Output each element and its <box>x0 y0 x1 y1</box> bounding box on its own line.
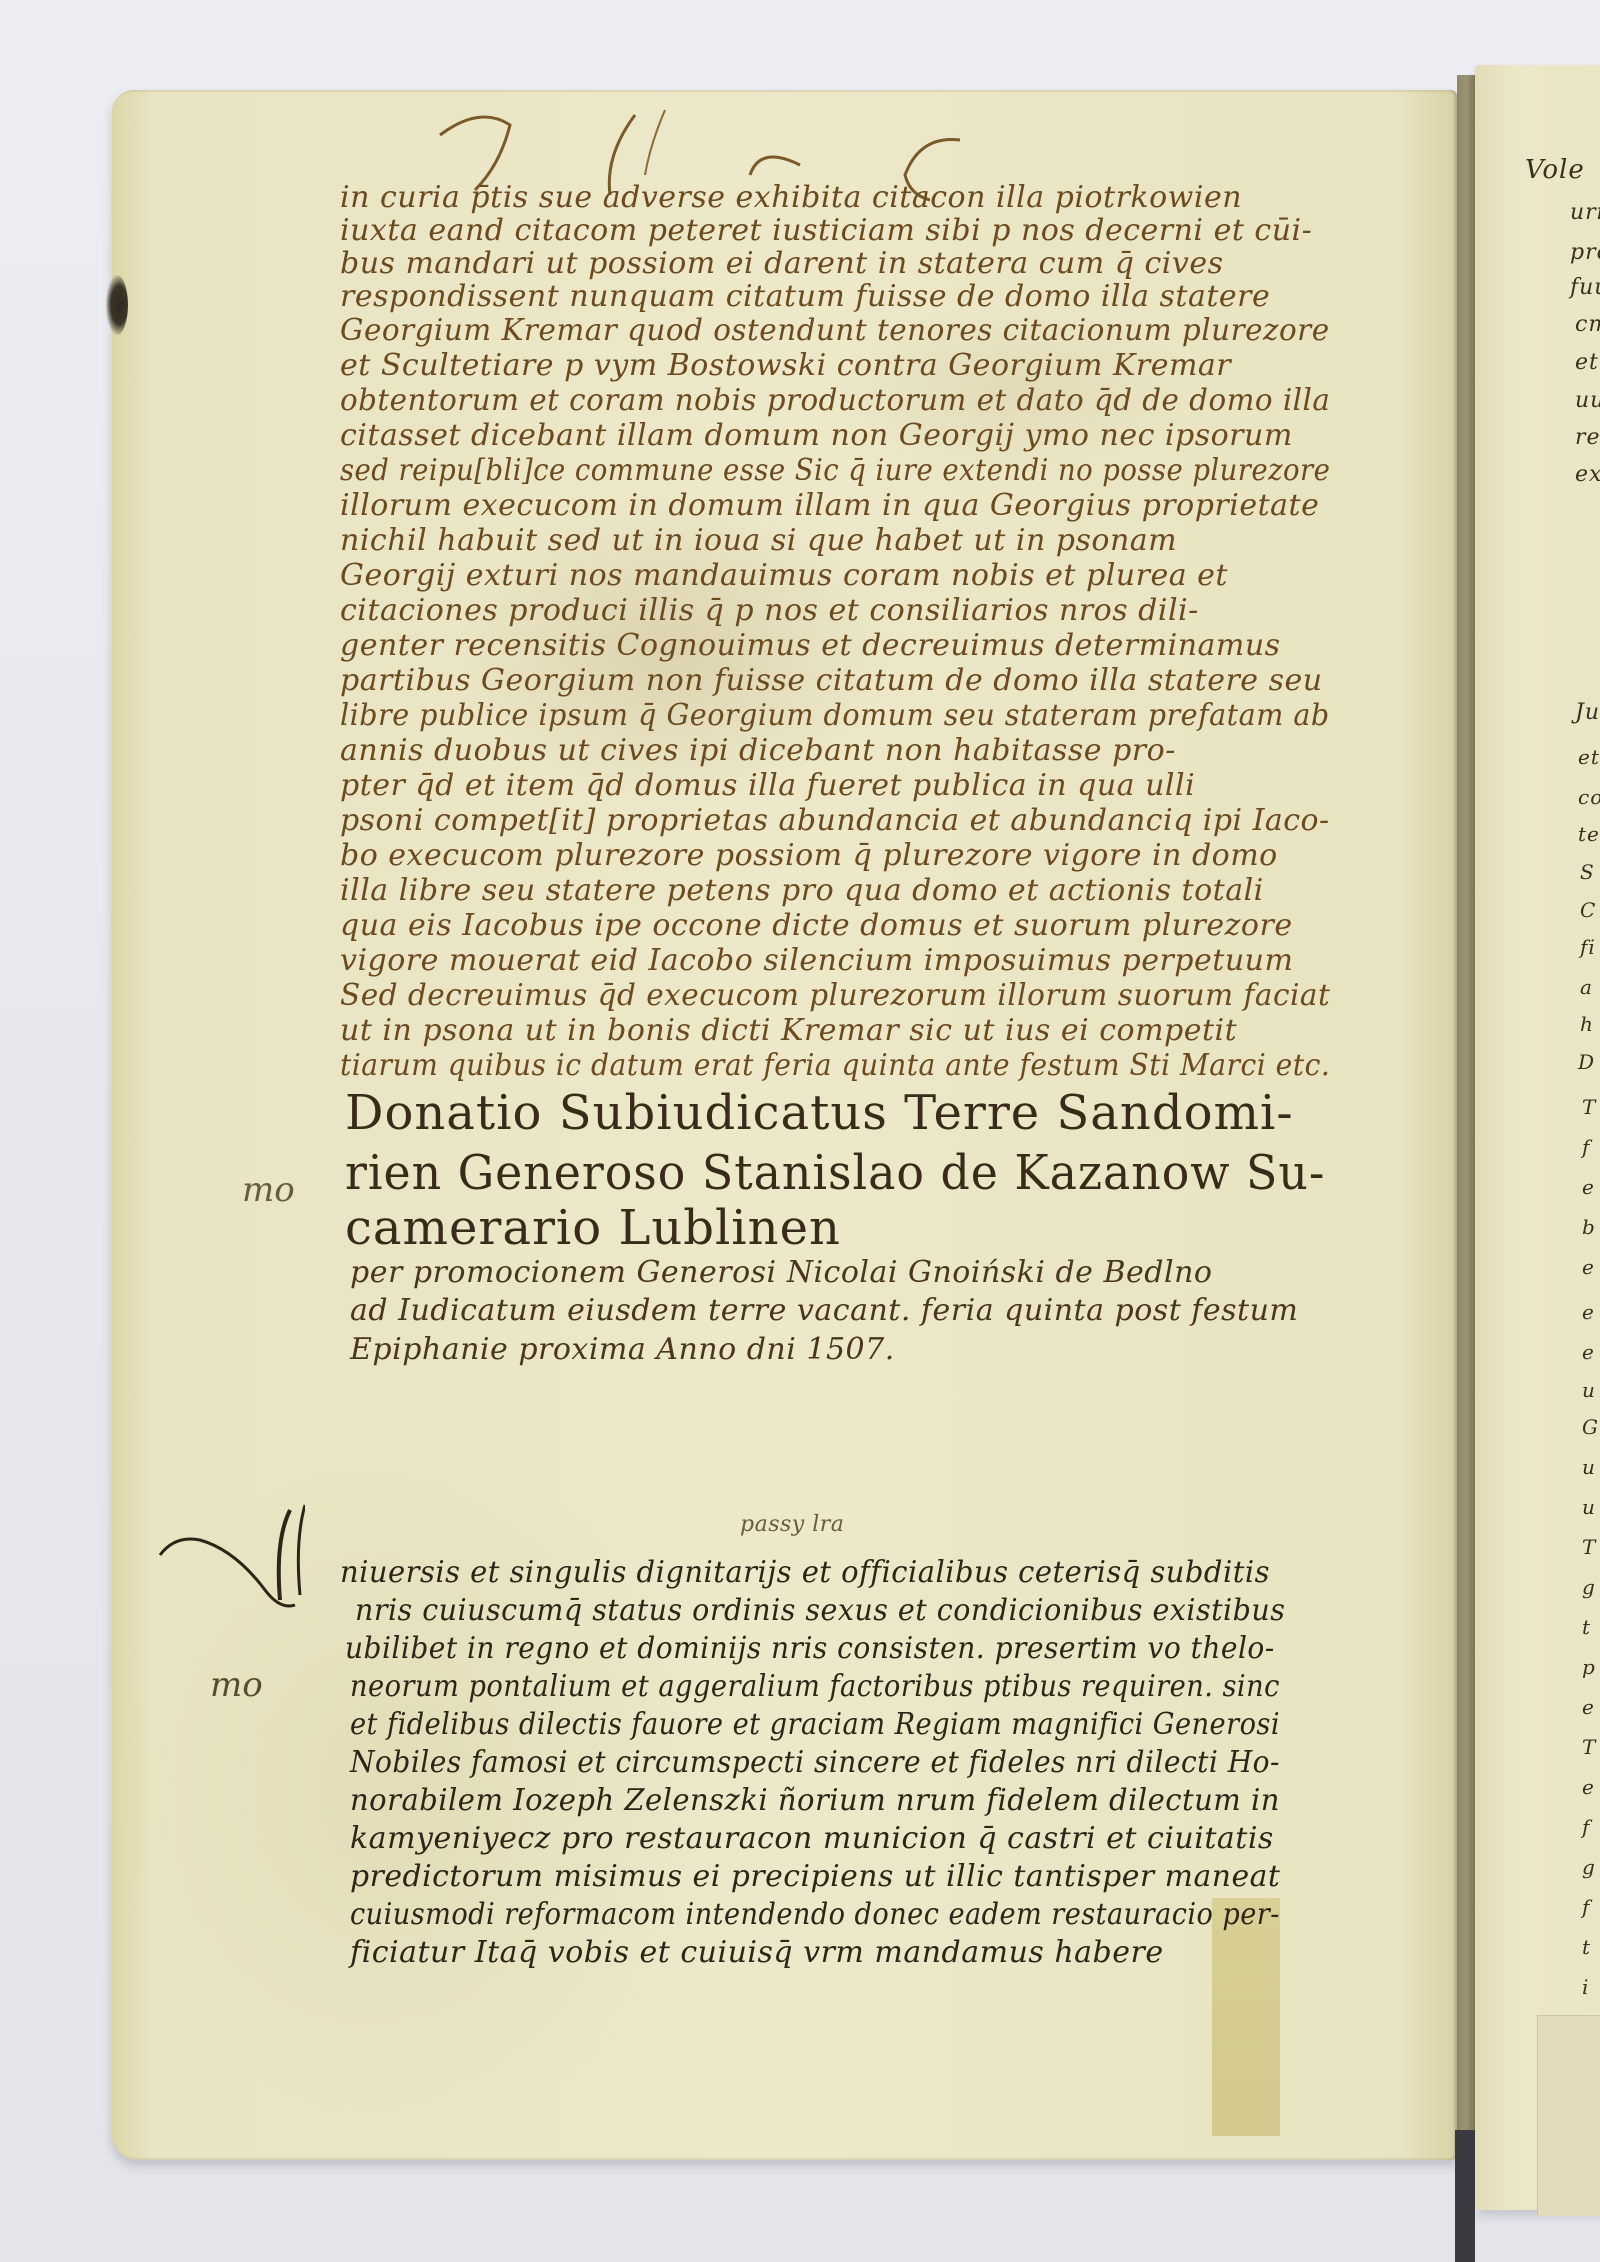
text-line: norabilem Iozeph Zelenszki ñorium nrum f… <box>350 1783 1280 1818</box>
text-line: bus mandari ut possiom ei darent in stat… <box>340 246 1223 281</box>
text-line: nris cuiuscumq̄ status ordinis sexus et … <box>355 1593 1285 1628</box>
right-page-line: et <box>1575 350 1599 375</box>
right-page-line: fi <box>1580 935 1596 959</box>
margin-note: mo <box>242 1170 295 1210</box>
right-page-line: u <box>1582 1455 1596 1479</box>
right-page-line: e <box>1582 1775 1595 1799</box>
right-page-line: b <box>1582 1215 1596 1239</box>
decorated-initial-flourish <box>155 1500 305 1620</box>
right-page-line: e <box>1582 1695 1595 1719</box>
text-line: et Scultetiare p vym Bostowski contra Ge… <box>340 348 1231 383</box>
entry-subtext-line: ad Iudicatum eiusdem terre vacant. feria… <box>350 1293 1298 1328</box>
right-page-line: C <box>1580 898 1596 922</box>
text-line: annis duobus ut cives ipi dicebant non h… <box>340 733 1176 768</box>
text-line: Georgij exturi nos mandauimus coram nobi… <box>340 558 1228 593</box>
text-line: illorum execucom in domum illam in qua G… <box>340 488 1319 523</box>
text-line: cuiusmodi reformacom intendendo donec ea… <box>350 1897 1280 1932</box>
right-page-line: fuu <box>1570 275 1600 300</box>
right-page-line: h <box>1580 1012 1594 1036</box>
right-page-line: re <box>1575 425 1600 450</box>
text-line: neorum pontalium et aggeralium factoribu… <box>350 1669 1280 1704</box>
right-page-line: T <box>1582 1095 1596 1119</box>
text-line: nichil habuit sed ut in ioua si que habe… <box>340 523 1177 558</box>
text-line: ut in psona ut in bonis dicti Kremar sic… <box>340 1013 1237 1048</box>
text-line: obtentorum et coram nobis productorum et… <box>340 383 1330 418</box>
right-page-line: cm <box>1575 312 1600 337</box>
right-page-line: co <box>1578 785 1600 809</box>
text-line: Sed decreuimus q̄d execucom plurezorum i… <box>340 978 1330 1013</box>
text-line: pter q̄d et item q̄d domus illa fueret p… <box>340 768 1195 803</box>
right-page-line: a <box>1580 975 1593 999</box>
right-page-line: Ju <box>1575 700 1600 725</box>
right-page-line: T <box>1582 1735 1596 1759</box>
text-line: Nobiles famosi et circumspecti sincere e… <box>350 1745 1280 1780</box>
right-page-line: T <box>1582 1535 1596 1559</box>
text-line: bo execucom plurezore possiom q̄ plurezo… <box>340 838 1278 873</box>
book-gutter <box>1457 75 1475 2195</box>
text-line: genter recensitis Cognouimus et decreuim… <box>340 628 1281 663</box>
text-line: predictorum misimus ei precipiens ut ill… <box>350 1859 1280 1894</box>
entry-subtext-line: per promocionem Generosi Nicolai Gnoińsk… <box>350 1255 1212 1290</box>
right-page-line: t <box>1582 1615 1591 1639</box>
right-page-line: e <box>1582 1300 1595 1324</box>
text-line: in curia p̄tis sue adverse exhibita cita… <box>340 180 1242 215</box>
text-line: respondissent nunquam citatum fuisse de … <box>340 279 1270 314</box>
text-line: libre publice ipsum q̄ Georgium domum se… <box>340 698 1330 733</box>
right-page-line: f <box>1582 1895 1590 1919</box>
right-page-line: g <box>1582 1575 1596 1599</box>
text-line: citasset dicebant illam domum non Georgi… <box>340 418 1293 453</box>
text-line: qua eis Iacobus ipe occone dicte domus e… <box>340 908 1293 943</box>
text-line: tiarum quibus ic datum erat feria quinta… <box>340 1048 1330 1083</box>
right-page-line: D <box>1578 1050 1595 1074</box>
right-page-line: uui <box>1575 388 1600 413</box>
right-page-line: S <box>1580 860 1595 884</box>
text-line: kamyeniyecz pro restauracon municion q̄ … <box>350 1821 1274 1856</box>
right-page-line: g <box>1582 1855 1596 1879</box>
right-page-line: e <box>1582 1175 1595 1199</box>
repair-tape-strip <box>1212 1898 1280 2136</box>
entry-heading-line: camerario Lublinen <box>345 1200 841 1256</box>
text-line: Georgium Kremar quod ostendunt tenores c… <box>340 313 1330 348</box>
entry-heading-line: Donatio Subiudicatus Terre Sandomi- <box>345 1085 1294 1141</box>
right-page-line: u <box>1582 1495 1596 1519</box>
entry-heading-line: rien Generoso Stanislao de Kazanow Su- <box>345 1145 1325 1201</box>
right-page-line: G <box>1582 1415 1599 1439</box>
text-line: psoni compet[it] proprietas abundancia e… <box>340 803 1330 838</box>
repair-patch <box>1537 2015 1600 2216</box>
text-line: ficiatur Itaq̄ vobis et cuiuisq̄ vrm man… <box>350 1935 1164 1970</box>
right-page-line: e <box>1582 1340 1595 1364</box>
right-page-line: uri <box>1570 200 1600 225</box>
ink-stain <box>106 275 128 335</box>
text-line: et fidelibus dilectis fauore et graciam … <box>350 1707 1280 1742</box>
right-page-line: e <box>1582 1255 1595 1279</box>
text-line: sed reipu[bli]ce commune esse Sic q̄ iur… <box>340 453 1330 488</box>
text-line: niuersis et singulis dignitarijs et offi… <box>340 1555 1270 1590</box>
entry-subtext-line: Epiphanie proxima Anno dni 1507. <box>350 1332 895 1367</box>
right-page-line: pro <box>1570 240 1600 265</box>
text-line: vigore mouerat eid Iacobo silencium impo… <box>340 943 1293 978</box>
right-page-line: f <box>1582 1135 1590 1159</box>
book-spine-shadow <box>1455 2130 1475 2262</box>
text-line: citaciones produci illis q̄ p nos et con… <box>340 593 1199 628</box>
right-page-line: t <box>1582 1935 1591 1959</box>
right-page-line: u <box>1582 1378 1596 1402</box>
right-page-line: ex <box>1575 462 1600 487</box>
text-line: illa libre seu statere petens pro qua do… <box>340 873 1264 908</box>
right-page-line: te <box>1578 822 1600 846</box>
text-line: ubilibet in regno et dominijs nris consi… <box>345 1631 1275 1666</box>
right-page-line: p <box>1582 1655 1596 1679</box>
right-page-line: i <box>1582 1975 1589 1999</box>
right-page-line: f <box>1582 1815 1590 1839</box>
right-page-line: Vole <box>1525 155 1585 185</box>
superscript-note: passy lra <box>740 1512 844 1537</box>
text-line: partibus Georgium non fuisse citatum de … <box>340 663 1323 698</box>
right-page-line: et <box>1578 745 1600 769</box>
margin-note: mo <box>210 1665 263 1705</box>
text-line: iuxta eand citacom peteret iusticiam sib… <box>340 213 1312 248</box>
